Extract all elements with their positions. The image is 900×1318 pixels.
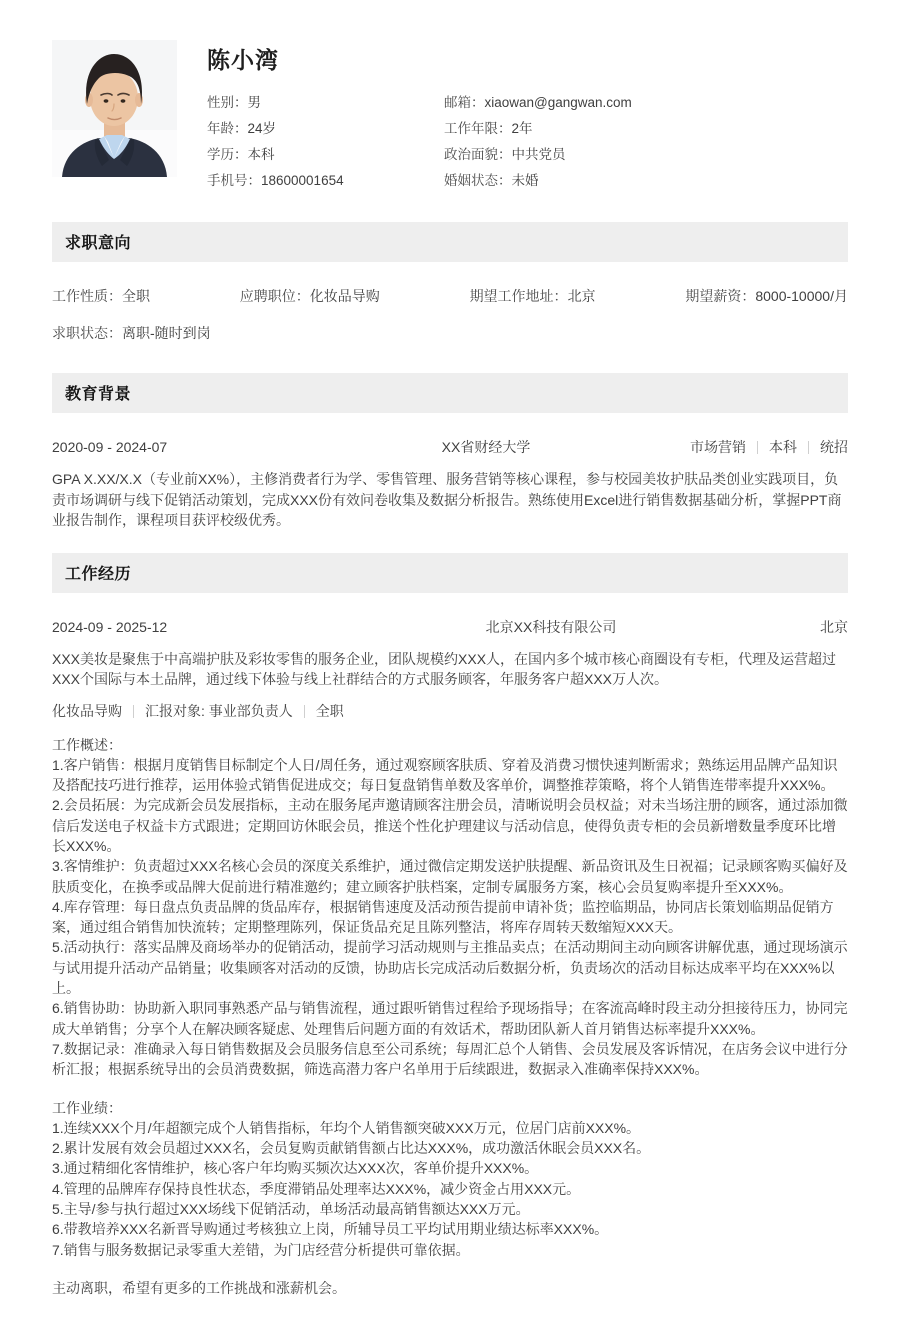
work-achievement-item: 5.主导/参与执行超过XXX场线下促销活动，单场活动最高销售额达XXX万元。 — [52, 1199, 848, 1219]
info-education-value: 本科 — [248, 147, 275, 162]
profile-photo — [52, 40, 177, 177]
intent-location-value: 北京 — [568, 288, 596, 304]
intent-job-type-label: 工作性质： — [52, 288, 122, 304]
intent-job-type: 工作性质：全职 — [52, 288, 150, 305]
intent-position: 应聘职位：化妆品导购 — [240, 288, 380, 305]
work-job-type: 全职 — [316, 703, 344, 720]
intent-salary-value: 8000-10000/月 — [755, 288, 848, 304]
work-position: 化妆品导购 — [52, 703, 122, 720]
info-phone-label: 手机号： — [207, 173, 261, 188]
info-age: 年龄：24岁 — [207, 116, 444, 142]
info-phone-value: 18600001654 — [261, 173, 344, 188]
work-achievements-title: 工作业绩： — [52, 1098, 848, 1118]
work-overview-item: 3.客情维护：负责超过XXX名核心会员的深度关系维护，通过微信定期发送护肤提醒、… — [52, 856, 848, 897]
education-degree: 本科 — [769, 439, 797, 456]
education-entry-row: 2020-09 - 2024-07 XX省财经大学 市场营销 本科 统招 — [52, 439, 848, 456]
work-achievement-item: 2.累计发展有效会员超过XXX名，会员复购贡献销售额占比达XXX%，成功激活休眠… — [52, 1138, 848, 1158]
info-marital-status: 婚姻状态：未婚 — [444, 168, 848, 194]
work-overview-item: 4.库存管理：每日盘点负责品牌的货品库存，根据销售速度及活动预告提前申请补货；监… — [52, 897, 848, 938]
intent-salary-label: 期望薪资： — [685, 288, 755, 304]
info-gender-label: 性别： — [207, 95, 248, 110]
job-title-row: 化妆品导购 汇报对象: 事业部负责人 全职 — [52, 703, 848, 720]
info-email-value: xiaowan@gangwan.com — [485, 95, 632, 110]
intent-location: 期望工作地址：北京 — [470, 288, 596, 305]
work-achievement-item: 4.管理的品牌库存保持良性状态，季度滞销品处理率达XXX%，减少资金占用XXX元… — [52, 1179, 848, 1199]
intent-position-value: 化妆品导购 — [310, 288, 380, 304]
job-seeking-status-value: 离职-随时到岗 — [122, 325, 211, 341]
work-location: 北京 — [820, 619, 848, 636]
job-seeking-status: 求职状态：离职-随时到岗 — [52, 325, 848, 342]
divider — [133, 705, 134, 718]
basic-info-left-column: 性别：男 年龄：24岁 学历：本科 手机号：18600001654 — [207, 90, 444, 194]
leave-reason: 主动离职，希望有更多的工作挑战和涨薪机会。 — [52, 1278, 848, 1298]
work-achievement-item: 7.销售与服务数据记录零重大差错，为门店经营分析提供可靠依据。 — [52, 1240, 848, 1260]
info-political-status-value: 中共党员 — [512, 147, 566, 162]
education-school: XX省财经大学 — [282, 439, 690, 456]
work-overview-title: 工作概述： — [52, 735, 848, 755]
section-title-work-experience: 工作经历 — [52, 553, 848, 593]
info-marital-status-label: 婚姻状态： — [444, 173, 512, 188]
resume-header: 陈小湾 性别：男 年龄：24岁 学历：本科 手机号：18600001654 邮箱… — [52, 40, 848, 194]
info-age-label: 年龄： — [207, 121, 248, 136]
info-education-label: 学历： — [207, 147, 248, 162]
intent-salary: 期望薪资：8000-10000/月 — [685, 288, 848, 305]
info-email-label: 邮箱： — [444, 95, 485, 110]
work-achievement-item: 3.通过精细化客情维护，核心客户年均购买频次达XXX次，客单价提升XXX%。 — [52, 1158, 848, 1178]
info-political-status-label: 政治面貌： — [444, 147, 512, 162]
work-overview-item: 6.销售协助：协助新入职同事熟悉产品与销售流程，通过跟听销售过程给予现场指导；在… — [52, 998, 848, 1039]
work-detail: 工作概述： 1.客户销售：根据月度销售目标制定个人日/周任务，通过观察顾客肤质、… — [52, 735, 848, 1299]
section-title-education: 教育背景 — [52, 373, 848, 413]
work-overview-item: 5.活动执行：落实品牌及商场举办的促销活动，提前学习活动规则与主推品卖点；在活动… — [52, 937, 848, 998]
info-marital-status-value: 未婚 — [512, 173, 539, 188]
divider — [304, 705, 305, 718]
profile-photo-illustration — [52, 40, 177, 177]
work-overview-item: 7.数据记录：准确录入每日销售数据及会员服务信息至公司系统；每周汇总个人销售、会… — [52, 1039, 848, 1080]
info-work-years: 工作年限：2年 — [444, 116, 848, 142]
info-political-status: 政治面貌：中共党员 — [444, 142, 848, 168]
resume-page: 陈小湾 性别：男 年龄：24岁 学历：本科 手机号：18600001654 邮箱… — [0, 0, 900, 1318]
info-education: 学历：本科 — [207, 142, 444, 168]
education-description: GPA X.XX/X.X（专业前XX%），主修消费者行为学、零售管理、服务营销等… — [52, 469, 848, 531]
education-admission-type: 统招 — [820, 439, 848, 456]
job-seeking-status-label: 求职状态： — [52, 325, 122, 341]
divider — [808, 441, 809, 454]
basic-info-grid: 性别：男 年龄：24岁 学历：本科 手机号：18600001654 邮箱：xia… — [207, 90, 848, 194]
education-major: 市场营销 — [690, 439, 746, 456]
info-email: 邮箱：xiaowan@gangwan.com — [444, 90, 848, 116]
work-report-to: 汇报对象: 事业部负责人 — [145, 703, 293, 720]
work-achievement-item: 6.带教培养XXX名新晋导购通过考核独立上岗，所辅导员工平均试用期业绩达标率XX… — [52, 1219, 848, 1239]
intent-location-label: 期望工作地址： — [470, 288, 568, 304]
intent-position-label: 应聘职位： — [240, 288, 310, 304]
info-work-years-label: 工作年限： — [444, 121, 512, 136]
info-gender-value: 男 — [248, 95, 262, 110]
info-gender: 性别：男 — [207, 90, 444, 116]
work-entry-row: 2024-09 - 2025-12 北京XX科技有限公司 北京 — [52, 619, 848, 636]
company-intro: XXX美妆是聚焦于中高端护肤及彩妆零售的服务企业，团队规模约XXX人，在国内多个… — [52, 649, 848, 690]
education-period: 2020-09 - 2024-07 — [52, 439, 282, 456]
education-meta: 市场营销 本科 统招 — [690, 439, 848, 456]
info-phone: 手机号：18600001654 — [207, 168, 444, 194]
work-overview-item: 1.客户销售：根据月度销售目标制定个人日/周任务，通过观察顾客肤质、穿着及消费习… — [52, 755, 848, 796]
divider — [757, 441, 758, 454]
work-achievement-item: 1.连续XXX个月/年超额完成个人销售指标，年均个人销售额突破XXX万元，位居门… — [52, 1118, 848, 1138]
intent-job-type-value: 全职 — [122, 288, 150, 304]
section-title-job-intention: 求职意向 — [52, 222, 848, 262]
work-overview-item: 2.会员拓展：为完成新会员发展指标，主动在服务尾声邀请顾客注册会员，清晰说明会员… — [52, 795, 848, 856]
job-intention-row: 工作性质：全职 应聘职位：化妆品导购 期望工作地址：北京 期望薪资：8000-1… — [52, 288, 848, 305]
work-period: 2024-09 - 2025-12 — [52, 619, 282, 636]
info-work-years-value: 2年 — [512, 121, 533, 136]
header-info: 陈小湾 性别：男 年龄：24岁 学历：本科 手机号：18600001654 邮箱… — [207, 40, 848, 194]
work-company: 北京XX科技有限公司 — [282, 619, 820, 636]
candidate-name: 陈小湾 — [207, 42, 848, 75]
info-age-value: 24岁 — [248, 121, 277, 136]
basic-info-right-column: 邮箱：xiaowan@gangwan.com 工作年限：2年 政治面貌：中共党员… — [444, 90, 848, 194]
